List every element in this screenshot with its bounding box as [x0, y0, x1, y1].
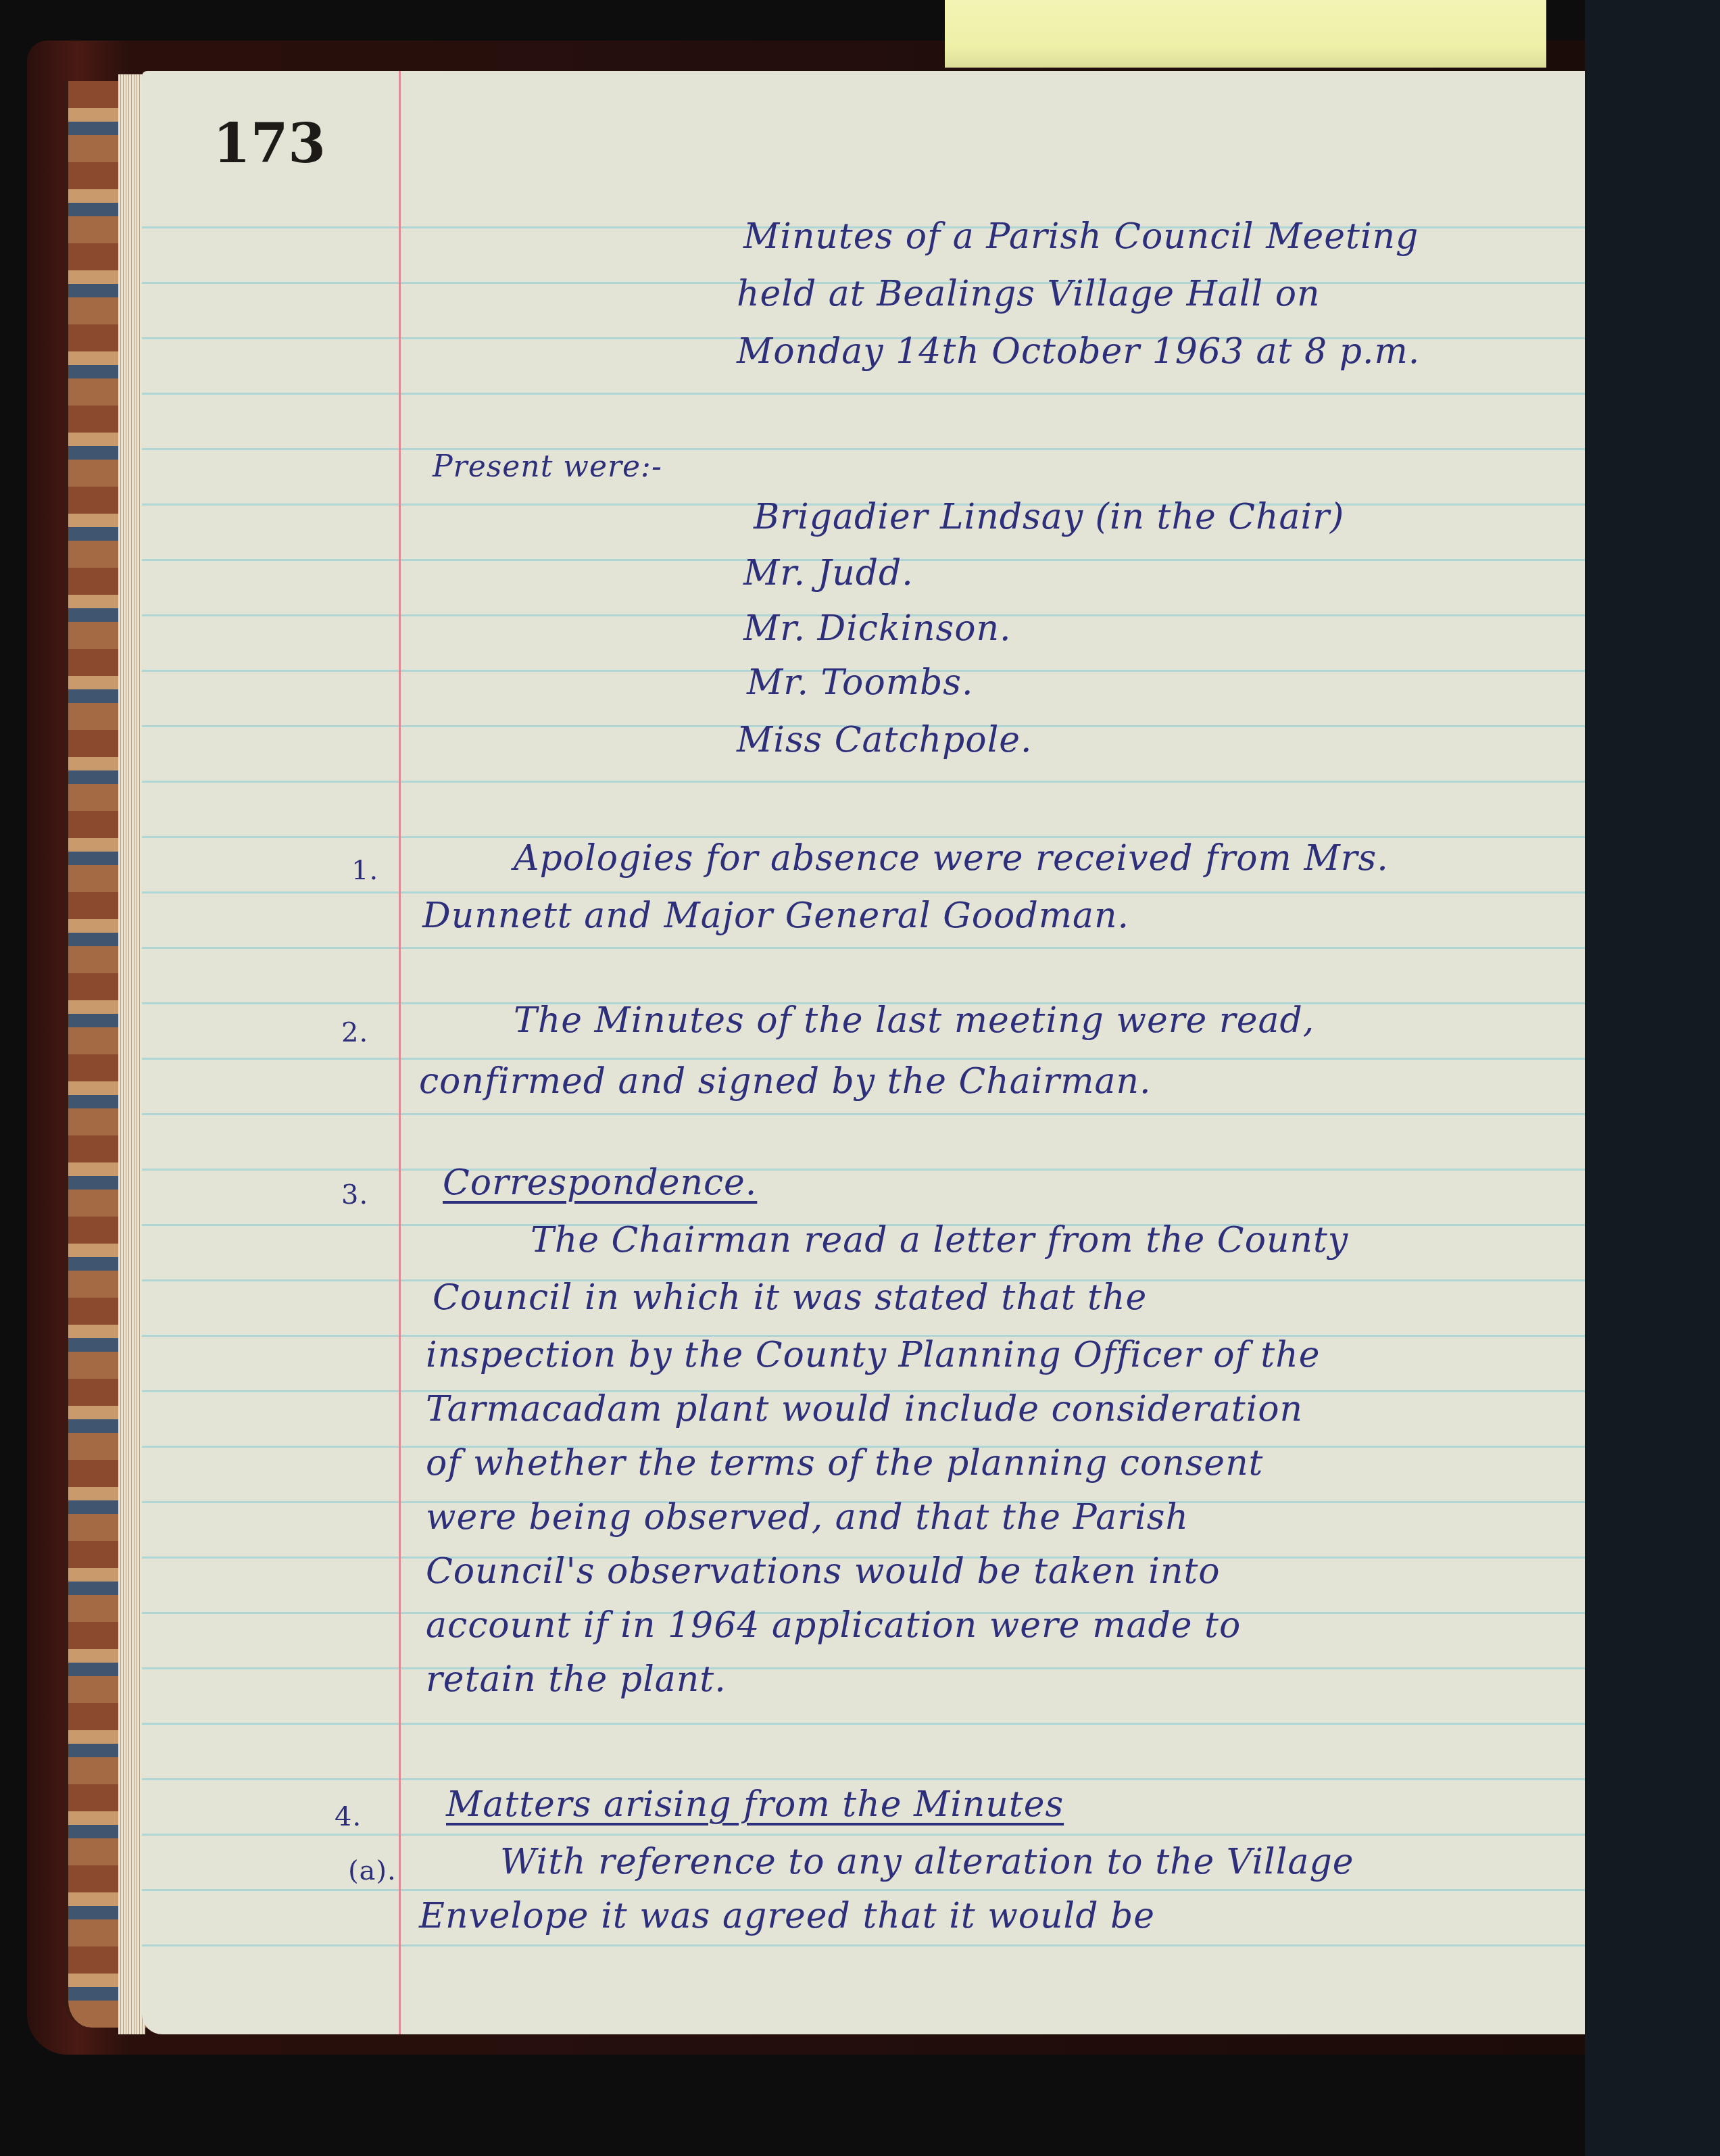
item-text: Dunnett and Major General Goodman.: [422, 896, 1129, 936]
item-text: were being observed, and that the Parish: [426, 1497, 1189, 1538]
item-text: of whether the terms of the planning con…: [426, 1443, 1264, 1484]
item-text: The Minutes of the last meeting were rea…: [514, 1000, 1314, 1041]
item-text: confirmed and signed by the Chairman.: [419, 1061, 1152, 1102]
page-number: 173: [213, 112, 326, 175]
member: Mr. Toombs.: [747, 662, 974, 703]
subitem-label: (a).: [348, 1855, 397, 1886]
present-label: Present were:-: [433, 449, 662, 484]
page-stack-edges: [118, 74, 145, 2034]
heading-line: Monday 14th October 1963 at 8 p.m.: [737, 331, 1420, 372]
item-text: The Chairman read a letter from the Coun…: [531, 1220, 1348, 1260]
item-number: 4.: [335, 1801, 362, 1832]
item-number: 3.: [341, 1179, 368, 1210]
background-strip: [1585, 0, 1720, 2156]
red-margin-line: [399, 71, 401, 2034]
item-text: Council's observations would be taken in…: [426, 1551, 1221, 1592]
heading-line: held at Bealings Village Hall on: [737, 274, 1320, 314]
item-text: retain the plant.: [426, 1659, 727, 1700]
item-text: account if in 1964 application were made…: [426, 1605, 1241, 1646]
item-text: Envelope it was agreed that it would be: [419, 1896, 1155, 1936]
heading-line: Minutes of a Parish Council Meeting: [743, 216, 1419, 257]
item-title: Correspondence.: [443, 1162, 757, 1203]
item-text: Tarmacadam plant would include considera…: [426, 1389, 1303, 1429]
member: Mr. Dickinson.: [743, 608, 1012, 649]
item-number: 2.: [341, 1017, 368, 1048]
item-text: With reference to any alteration to the …: [500, 1842, 1354, 1882]
sticky-note: [945, 0, 1546, 68]
item-text: inspection by the County Planning Office…: [426, 1335, 1320, 1375]
member: Brigadier Lindsay (in the Chair): [754, 497, 1344, 537]
item-text: Council in which it was stated that the: [433, 1277, 1147, 1318]
item-title: Matters arising from the Minutes: [446, 1784, 1064, 1825]
member: Mr. Judd.: [743, 553, 914, 593]
item-text: Apologies for absence were received from…: [514, 838, 1389, 879]
member: Miss Catchpole.: [737, 720, 1033, 760]
item-number: 1.: [351, 855, 378, 886]
